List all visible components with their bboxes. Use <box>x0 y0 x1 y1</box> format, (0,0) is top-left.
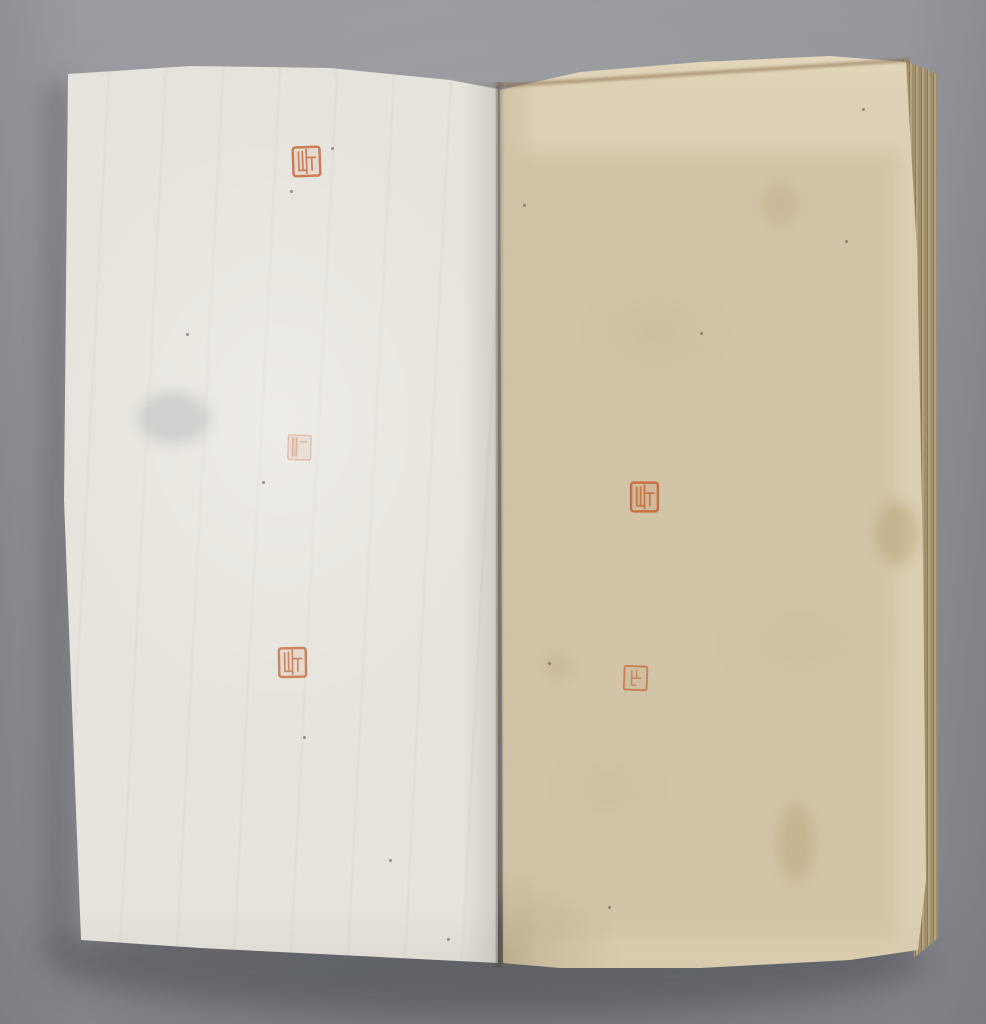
seal-stamp <box>285 432 313 464</box>
seal-stamp <box>621 664 650 695</box>
seal-stamp <box>629 480 660 514</box>
stain <box>760 182 800 226</box>
stain <box>876 502 918 564</box>
paper-speck <box>447 938 450 941</box>
paper-speck <box>290 190 293 193</box>
paper-speck <box>845 240 848 243</box>
left-page-smudge <box>138 392 210 444</box>
paper-speck <box>186 333 189 336</box>
seal-stamp <box>290 144 322 178</box>
paper-speck <box>303 736 306 739</box>
right-page-inner-discoloration <box>516 152 900 938</box>
paper-speck <box>523 204 526 207</box>
stain <box>778 802 814 882</box>
center-fold-line <box>496 86 498 966</box>
seal-stamp <box>277 646 309 680</box>
paper-speck <box>608 906 611 909</box>
paper-speck <box>389 859 392 862</box>
paper-speck <box>548 662 551 665</box>
paper-speck <box>700 332 703 335</box>
photo-scene <box>0 0 986 1024</box>
paper-speck <box>862 108 865 111</box>
paper-speck <box>331 147 334 150</box>
paper-speck <box>262 481 265 484</box>
stain <box>543 652 571 680</box>
